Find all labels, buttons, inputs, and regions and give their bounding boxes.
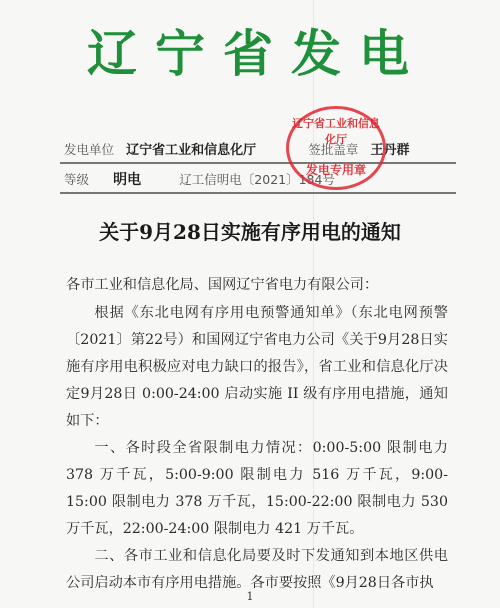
paragraph-basis: 根据《东北电网有序用电预警通知单》（东北电网预警〔2021〕第22号）和国网辽宁… bbox=[66, 300, 448, 435]
page-number: 1 bbox=[0, 590, 500, 603]
meta-divider-1 bbox=[60, 162, 456, 164]
salutation: 各市工业和信息化局、国网辽宁省电力有限公司： bbox=[66, 274, 378, 294]
issuer-value: 辽宁省工业和信息化厅 bbox=[126, 139, 256, 158]
level-value: 明电 bbox=[113, 169, 141, 189]
header-title: 辽宁省发电 bbox=[0, 14, 500, 86]
seal-bottom-text: 发电专用章 bbox=[289, 161, 383, 178]
paragraph-item-2: 二、各市工业和信息化局要及时下发通知到本地区供电公司启动本市有序用电措施。各市要… bbox=[66, 543, 448, 597]
issuer-label: 发电单位 bbox=[64, 140, 114, 158]
seal-top-text: 辽宁省工业和信息化厅 bbox=[289, 115, 383, 147]
document-title: 关于9月28日实施有序用电的通知 bbox=[0, 216, 500, 245]
official-seal: 辽宁省工业和信息化厅 发电专用章 bbox=[286, 106, 386, 190]
meta-divider-2 bbox=[60, 192, 456, 194]
level-label: 等级 bbox=[64, 170, 89, 188]
paragraph-item-1: 一、各时段全省限制电力情况：0:00-5:00 限制电力 378 万千瓦，5:0… bbox=[66, 435, 448, 543]
document-body: 根据《东北电网有序用电预警通知单》（东北电网预警〔2021〕第22号）和国网辽宁… bbox=[66, 300, 448, 597]
